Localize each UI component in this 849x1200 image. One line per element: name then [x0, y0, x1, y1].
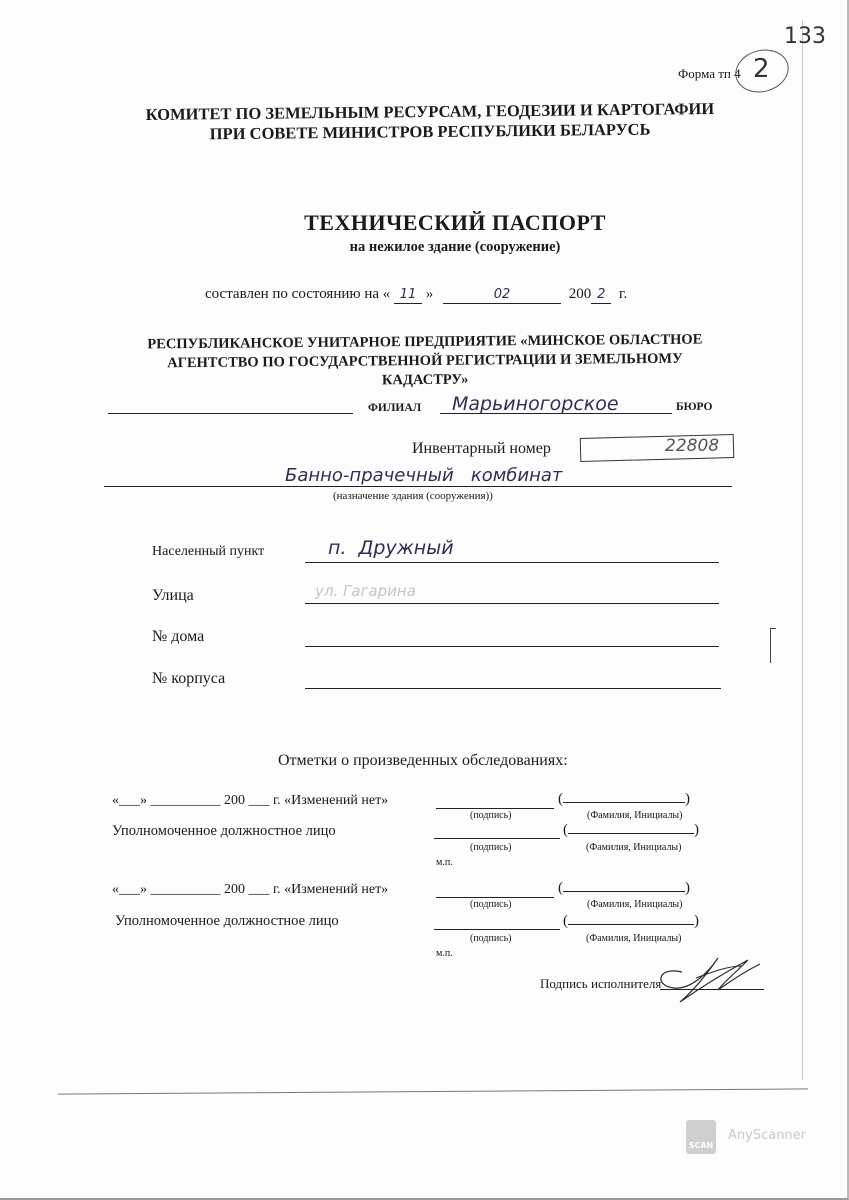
inspection-1-sign-line [436, 808, 554, 809]
page-title: ТЕХНИЧЕСКИЙ ПАСПОРТ [200, 210, 710, 236]
committee-header: КОМИТЕТ ПО ЗЕМЕЛЬНЫМ РЕСУРСАМ, ГЕОДЕЗИИ … [120, 99, 740, 145]
purpose-caption: (назначение здания (сооружения)) [333, 490, 493, 502]
inspection-1-name-caption: (Фамилия, Инициалы) [587, 810, 682, 821]
address-field-street-label: Улица [152, 587, 194, 605]
agency-name: РЕСПУБЛИКАНСКОЕ УНИТАРНОЕ ПРЕДПРИЯТИЕ «М… [110, 330, 740, 392]
purpose-line [104, 486, 732, 487]
executor-label: Подпись исполнителя [540, 976, 661, 992]
inspection-1-stamp: м.п. [436, 857, 453, 868]
address-field-settlement-line [305, 562, 719, 563]
inspection-2-sign-line-2 [434, 929, 560, 930]
address-field-settlement-value: п. Дружный [328, 537, 454, 559]
branch-value: Марьиногорское [452, 393, 619, 415]
compiled-year-prefix: 200 [569, 286, 592, 302]
address-field-building-label: № корпуса [152, 670, 225, 688]
page-subtitle: на нежилое здание (сооружение) [200, 239, 710, 256]
inspection-1-sign-line-2 [434, 838, 560, 839]
inspection-1-sign-caption-2: (подпись) [470, 842, 512, 853]
inspection-2-name-bracket: () [558, 880, 698, 897]
inspection-2-sign-caption-2: (подпись) [470, 933, 512, 944]
branch-prefix-line [108, 413, 353, 414]
inspection-1-sign-caption: (подпись) [470, 810, 512, 821]
inventory-value: 22808 [665, 436, 719, 456]
address-field-house-label: № дома [152, 628, 204, 646]
executor-signature-icon [652, 948, 764, 1006]
compiled-month: 02 [494, 287, 511, 302]
address-field-settlement-label: Населенный пункт [152, 544, 264, 560]
compiled-year-unit: г. [619, 286, 627, 302]
inspection-1-official-label: Уполномоченное должностное лицо [112, 823, 336, 840]
inspection-2-official-label: Уполномоченное должностное лицо [115, 913, 339, 930]
address-field-street-value: ул. Гагарина [315, 582, 416, 600]
margin-line [802, 20, 803, 1080]
branch-label: ФИЛИАЛ [368, 402, 421, 414]
document-page: 133 Форма тп 4 2 КОМИТЕТ ПО ЗЕМЕЛЬНЫМ РЕ… [0, 0, 849, 1200]
purpose-value: Банно-прачечный комбинат [285, 465, 562, 486]
inspection-2-sign-line [436, 897, 554, 898]
inspection-2-name-caption: (Фамилия, Инициалы) [587, 899, 682, 910]
inspection-1-name-caption-2: (Фамилия, Инициалы) [586, 842, 681, 853]
compiled-day: 11 [400, 287, 417, 302]
inventory-label: Инвентарный номер [412, 440, 551, 458]
scanner-badge-icon: SCAN [686, 1120, 716, 1154]
inspection-2-name-caption-2: (Фамилия, Инициалы) [586, 933, 681, 944]
bracket-mark [770, 628, 776, 663]
address-field-street-line [305, 603, 719, 604]
compiled-prefix: составлен по состоянию на « [205, 286, 390, 302]
inspection-2-sign-caption: (подпись) [470, 899, 512, 910]
inspection-2-date-line: «___» __________ 200 ___ г. «Изменений н… [112, 882, 388, 898]
address-field-house-line [305, 646, 719, 647]
address-field-building-line [305, 688, 721, 689]
compiled-date-row: составлен по состоянию на « 11 » 02 2002… [205, 286, 675, 308]
scanner-badge-text: SCAN [689, 1141, 714, 1150]
inspection-1-date-line: «___» __________ 200 ___ г. «Изменений н… [112, 793, 388, 809]
inspection-2-stamp: м.п. [436, 948, 453, 959]
form-label: Форма тп 4 [678, 66, 741, 82]
inspection-1-name-bracket-2: () [563, 822, 703, 839]
compiled-mid: » [426, 286, 434, 302]
inspection-2-name-bracket-2: () [563, 913, 703, 930]
scan-edge-line [58, 1088, 808, 1094]
bureau-label: БЮРО [676, 401, 712, 413]
sheet-number: 133 [784, 24, 826, 49]
circled-mark-value: 2 [753, 54, 770, 84]
compiled-year-suffix: 2 [597, 287, 605, 302]
scanner-watermark: AnyScanner [728, 1128, 806, 1143]
inspection-1-name-bracket: () [558, 791, 698, 808]
inspections-heading: Отметки о произведенных обследованиях: [278, 752, 568, 770]
